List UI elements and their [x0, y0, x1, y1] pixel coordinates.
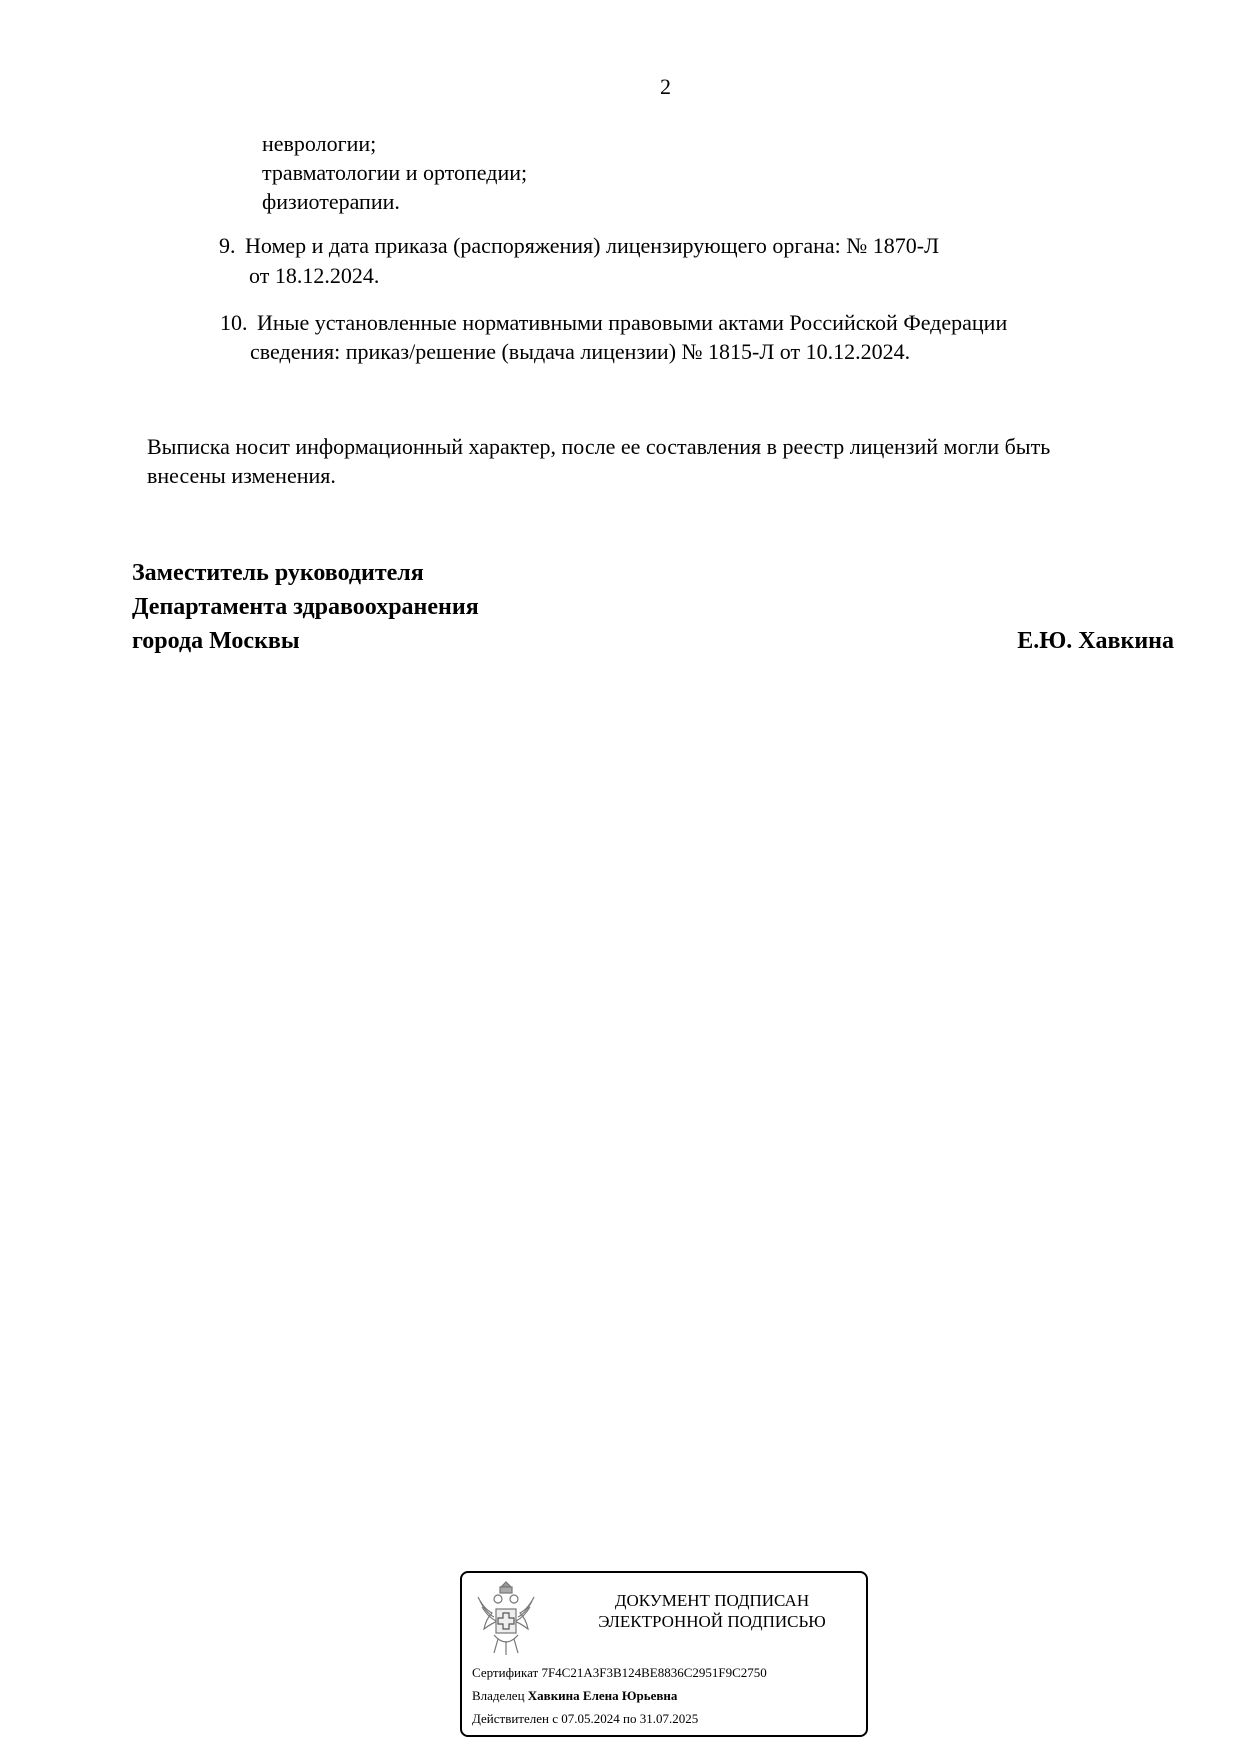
item-text-line2: от 18.12.2024.: [249, 261, 379, 290]
electronic-signature-stamp: ДОКУМЕНТ ПОДПИСАН ЭЛЕКТРОННОЙ ПОДПИСЬЮ С…: [460, 1571, 868, 1737]
item-text-line1: Иные установленные нормативными правовым…: [257, 308, 1007, 337]
specialty-item: физиотерапии.: [262, 187, 400, 216]
certificate-label: Сертификат: [472, 1665, 538, 1680]
owner-line: Владелец Хавкина Елена Юрьевна: [472, 1688, 677, 1704]
disclaimer-line2: внесены изменения.: [147, 461, 336, 490]
coat-of-arms-icon: [474, 1579, 538, 1657]
item-text-line1: Номер и дата приказа (распоряжения) лице…: [245, 231, 939, 260]
owner-value: Хавкина Елена Юрьевна: [528, 1688, 678, 1703]
page-number: 2: [0, 74, 1241, 100]
signatory-name: Е.Ю. Хавкина: [1017, 624, 1174, 658]
disclaimer-line1: Выписка носит информационный характер, п…: [147, 432, 1050, 461]
stamp-title-line2: ЭЛЕКТРОННОЙ ПОДПИСЬЮ: [572, 1611, 852, 1632]
stamp-title-line1: ДОКУМЕНТ ПОДПИСАН: [572, 1590, 852, 1611]
specialty-item: травматологии и ортопедии;: [262, 158, 527, 187]
item-text-line2: сведения: приказ/решение (выдача лицензи…: [250, 337, 910, 366]
signatory-position-line: города Москвы: [132, 624, 300, 658]
owner-label: Владелец: [472, 1688, 525, 1703]
validity-line: Действителен с 07.05.2024 по 31.07.2025: [472, 1711, 698, 1727]
certificate-value: 7F4C21A3F3B124BE8836C2951F9C2750: [541, 1665, 766, 1680]
signatory-position-line: Заместитель руководителя: [132, 556, 424, 590]
item-number: 10.: [220, 308, 248, 337]
specialty-item: неврологии;: [262, 129, 376, 158]
signatory-position-line: Департамента здравоохранения: [132, 590, 479, 624]
item-number: 9.: [219, 231, 236, 260]
certificate-line: Сертификат 7F4C21A3F3B124BE8836C2951F9C2…: [472, 1665, 767, 1681]
stamp-title: ДОКУМЕНТ ПОДПИСАН ЭЛЕКТРОННОЙ ПОДПИСЬЮ: [572, 1590, 852, 1632]
